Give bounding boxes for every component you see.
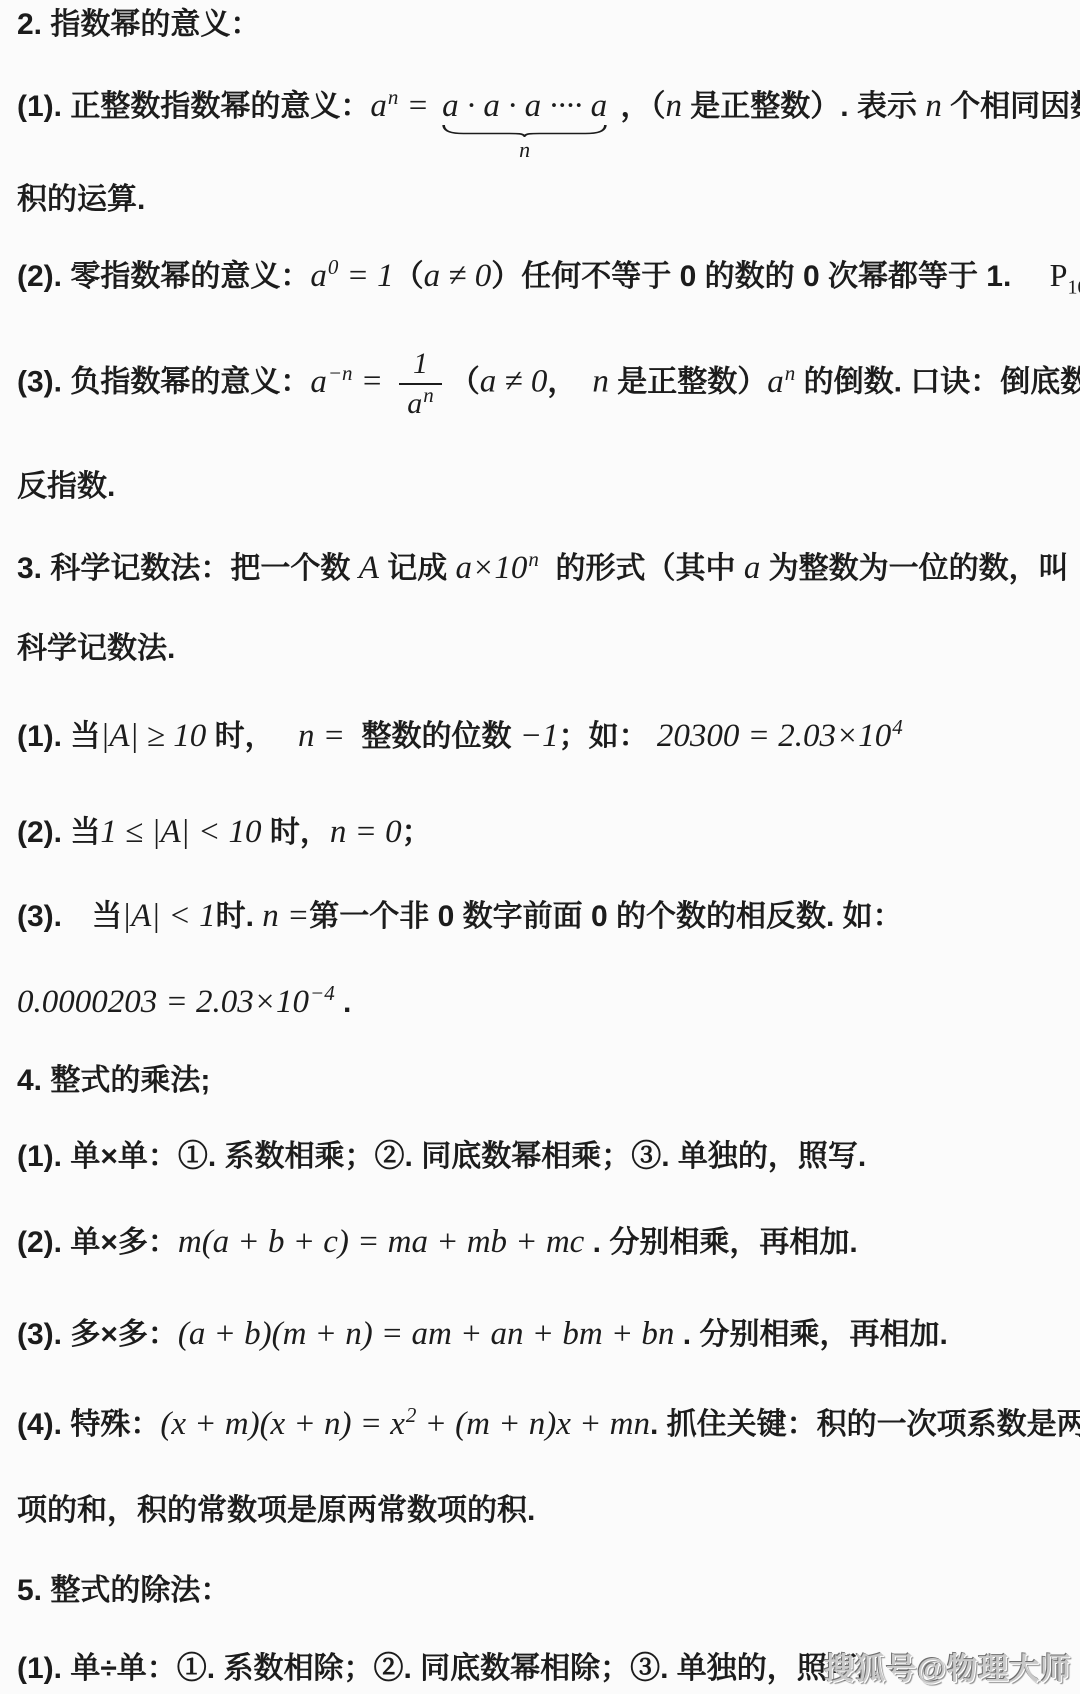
text-line-2: (1). 正整数指数幂的意义：an = a · a · a ···· an ，（…	[17, 86, 1080, 127]
math-sup-group: x2	[390, 1406, 416, 1442]
math-sup-group: 104	[858, 718, 903, 754]
math-text: a ≠ 0	[424, 258, 492, 294]
cjk-text: .	[335, 986, 352, 1019]
math-superscript: −n	[328, 361, 353, 385]
math-sup-group: an	[767, 364, 795, 400]
cjk-text: （	[394, 260, 424, 293]
page-ref-base: P	[1050, 257, 1068, 293]
cjk-text: (3). 多×多：	[17, 1318, 178, 1351]
math-superscript: 0	[328, 255, 339, 279]
math-text: =	[353, 364, 392, 400]
math-base: 10	[858, 718, 891, 754]
math-sup-group: an	[370, 88, 398, 124]
math-text: n	[665, 88, 682, 124]
math-text: (x + m)(x + n) =	[160, 1406, 390, 1442]
math-text: =	[398, 88, 437, 124]
fraction: 1an	[399, 348, 442, 419]
cjk-text: 个相同因数	[942, 90, 1080, 123]
math-superscript: n	[388, 85, 399, 109]
cjk-text: 3. 科学记数法：把一个数	[17, 552, 359, 585]
cjk-text: 时，	[206, 720, 298, 753]
cjk-text: ；	[402, 816, 432, 849]
cjk-text: ）任何不等于 0 的数的 0 次幂都等于 1.	[491, 260, 1049, 293]
math-text: −1	[520, 718, 559, 754]
math-text: 1 ≤ |A| < 10	[100, 814, 261, 850]
math-base: a	[310, 364, 327, 400]
text-line-1: 2. 指数幂的意义：	[17, 6, 260, 44]
cjk-text: . 分别相乘，再相加.	[584, 1226, 857, 1259]
math-sup-group: 10−4	[276, 984, 335, 1020]
cjk-text: （	[450, 366, 480, 399]
math-superscript: n	[785, 361, 796, 385]
math-sup-group: a−n	[310, 364, 352, 400]
cjk-text: 时.	[216, 900, 263, 933]
math-text: n = 0	[330, 814, 402, 850]
math-text: + (m + n)x + mn	[416, 1406, 650, 1442]
math-text: n =	[262, 898, 309, 934]
math-base: a	[310, 258, 327, 294]
math-text: m(a + b + c) = ma + mb + mc	[178, 1224, 584, 1260]
math-superscript: 4	[892, 715, 903, 739]
underbrace-decoration: n	[442, 124, 607, 161]
text-line-10: (2). 当1 ≤ |A| < 10 时，n = 0；	[17, 812, 432, 853]
math-text: |A| < 1	[122, 898, 216, 934]
fraction-den-superscript: n	[423, 383, 434, 407]
text-line-12: 0.0000203 = 2.03×10−4 .	[17, 982, 351, 1023]
text-line-9: (1). 当|A| ≥ 10 时， n = 整数的位数 −1；如： 20300 …	[17, 716, 903, 757]
cjk-text: 的形式（其中	[539, 552, 744, 585]
fraction-den-base: a	[407, 387, 422, 420]
math-base: a×10	[456, 550, 528, 586]
math-text: a ≠ 0	[480, 364, 548, 400]
cjk-text: . 分别相乘，再相加.	[674, 1318, 947, 1351]
text-line-14: (1). 单×单：①. 系数相乘；②. 同底数幂相乘；③. 单独的，照写.	[17, 1138, 866, 1176]
text-line-7: 3. 科学记数法：把一个数 A 记成 a×10n 的形式（其中 a 为整数为一位…	[17, 548, 1069, 589]
text-line-11: (3). 当|A| < 1时. n =第一个非 0 数字前面 0 的个数的相反数…	[17, 896, 903, 937]
fraction-numerator: 1	[399, 348, 442, 383]
cjk-text: ，（	[612, 90, 665, 123]
math-base: 10	[276, 984, 309, 1020]
watermark-souhu: 搜狐号@物理大师	[824, 1644, 1071, 1688]
text-line-13: 4. 整式的乘法;	[17, 1062, 210, 1100]
cjk-text: 的倒数. 口诀：倒底数，	[795, 366, 1080, 399]
math-superscript: 2	[406, 1403, 417, 1427]
math-text: n =	[298, 718, 353, 754]
text-line-18: 项的和，积的常数项是原两常数项的积.	[17, 1492, 535, 1530]
math-text: n	[592, 364, 609, 400]
math-superscript: n	[528, 547, 539, 571]
fraction-denominator: an	[399, 383, 442, 420]
math-text: = 1	[338, 258, 393, 294]
cjk-text: (2). 当	[17, 816, 100, 849]
cjk-text: ；如：	[559, 720, 649, 753]
cjk-text: (1). 单÷单：①. 系数相除；②. 同底数幂相除；③. 单独的，照写.	[17, 1652, 865, 1685]
underbrace-icon	[442, 124, 607, 137]
math-base: a	[370, 88, 387, 124]
cjk-text: (3). 负指数幂的意义：	[17, 366, 310, 399]
cjk-text: 4. 整式的乘法;	[17, 1064, 210, 1097]
text-line-6: 反指数.	[17, 468, 115, 506]
cjk-text: . 抓住关键：积的一次项系数是两常数	[650, 1408, 1080, 1441]
cjk-text: 5. 整式的除法：	[17, 1574, 230, 1607]
underbrace-count: n	[442, 139, 607, 161]
cjk-text: (2). 零指数幂的意义：	[17, 260, 310, 293]
text-line-20: (1). 单÷单：①. 系数相除；②. 同底数幂相除；③. 单独的，照写.	[17, 1650, 865, 1688]
text-line-3: 积的运算.	[17, 181, 145, 219]
document-page: 2. 指数幂的意义：(1). 正整数指数幂的意义：an = a · a · a …	[0, 0, 1080, 1694]
math-text: (a + b)(m + n) = am + an + bm + bn	[178, 1316, 675, 1352]
cjk-text: 为整数为一位的数，叫	[760, 552, 1068, 585]
math-base: a	[767, 364, 784, 400]
text-line-17: (4). 特殊：(x + m)(x + n) = x2 + (m + n)x +…	[17, 1404, 1080, 1445]
cjk-text: 2. 指数幂的意义：	[17, 8, 260, 41]
cjk-text: 积的运算.	[17, 183, 145, 216]
math-sup-group: a0	[310, 258, 338, 294]
math-text: n	[925, 88, 942, 124]
cjk-text: (2). 单×多：	[17, 1226, 178, 1259]
underbrace-group: a · a · a ···· an	[442, 86, 607, 127]
math-text: 0.0000203 = 2.03×	[17, 984, 276, 1020]
math-base: x	[390, 1406, 405, 1442]
cjk-text: (4). 特殊：	[17, 1408, 160, 1441]
cjk-text: 是正整数）	[609, 366, 767, 399]
cjk-text: 整数的位数	[353, 720, 520, 753]
cjk-text: 科学记数法.	[17, 632, 175, 665]
cjk-text: ，	[547, 366, 592, 399]
page-ref-subscript: 102	[1067, 276, 1080, 298]
text-line-16: (3). 多×多：(a + b)(m + n) = am + an + bm +…	[17, 1314, 948, 1355]
cjk-text: 时，	[262, 816, 330, 849]
math-text: a	[744, 550, 761, 586]
text-line-4: (2). 零指数幂的意义：a0 = 1（a ≠ 0）任何不等于 0 的数的 0 …	[17, 255, 1080, 297]
cjk-text: (1). 单×单：①. 系数相乘；②. 同底数幂相乘；③. 单独的，照写.	[17, 1140, 866, 1173]
cjk-text: 记成	[379, 552, 456, 585]
cjk-text: 第一个非 0 数字前面 0 的个数的相反数. 如：	[309, 900, 902, 933]
math-text: A	[359, 550, 379, 586]
math-superscript: −4	[310, 981, 335, 1005]
text-line-5: (3). 负指数幂的意义：a−n = 1an（a ≠ 0， n 是正整数）an …	[17, 352, 1080, 423]
math-text: |A| ≥ 10	[100, 718, 206, 754]
cjk-text: (3). 当	[17, 900, 122, 933]
cjk-text: (1). 正整数指数幂的意义：	[17, 90, 370, 123]
cjk-text: 反指数.	[17, 470, 115, 503]
text-line-15: (2). 单×多：m(a + b + c) = ma + mb + mc . 分…	[17, 1222, 858, 1263]
math-sup-group: a×10n	[456, 550, 539, 586]
text-line-19: 5. 整式的除法：	[17, 1572, 230, 1610]
math-text: 20300 = 2.03×	[649, 718, 859, 754]
cjk-text: 项的和，积的常数项是原两常数项的积.	[17, 1494, 535, 1527]
page-ref: P102	[1050, 257, 1080, 293]
underbrace-expression: a · a · a ···· a	[442, 86, 607, 127]
text-line-8: 科学记数法.	[17, 630, 175, 668]
cjk-text: (1). 当	[17, 720, 100, 753]
cjk-text: 是正整数）. 表示	[682, 90, 925, 123]
